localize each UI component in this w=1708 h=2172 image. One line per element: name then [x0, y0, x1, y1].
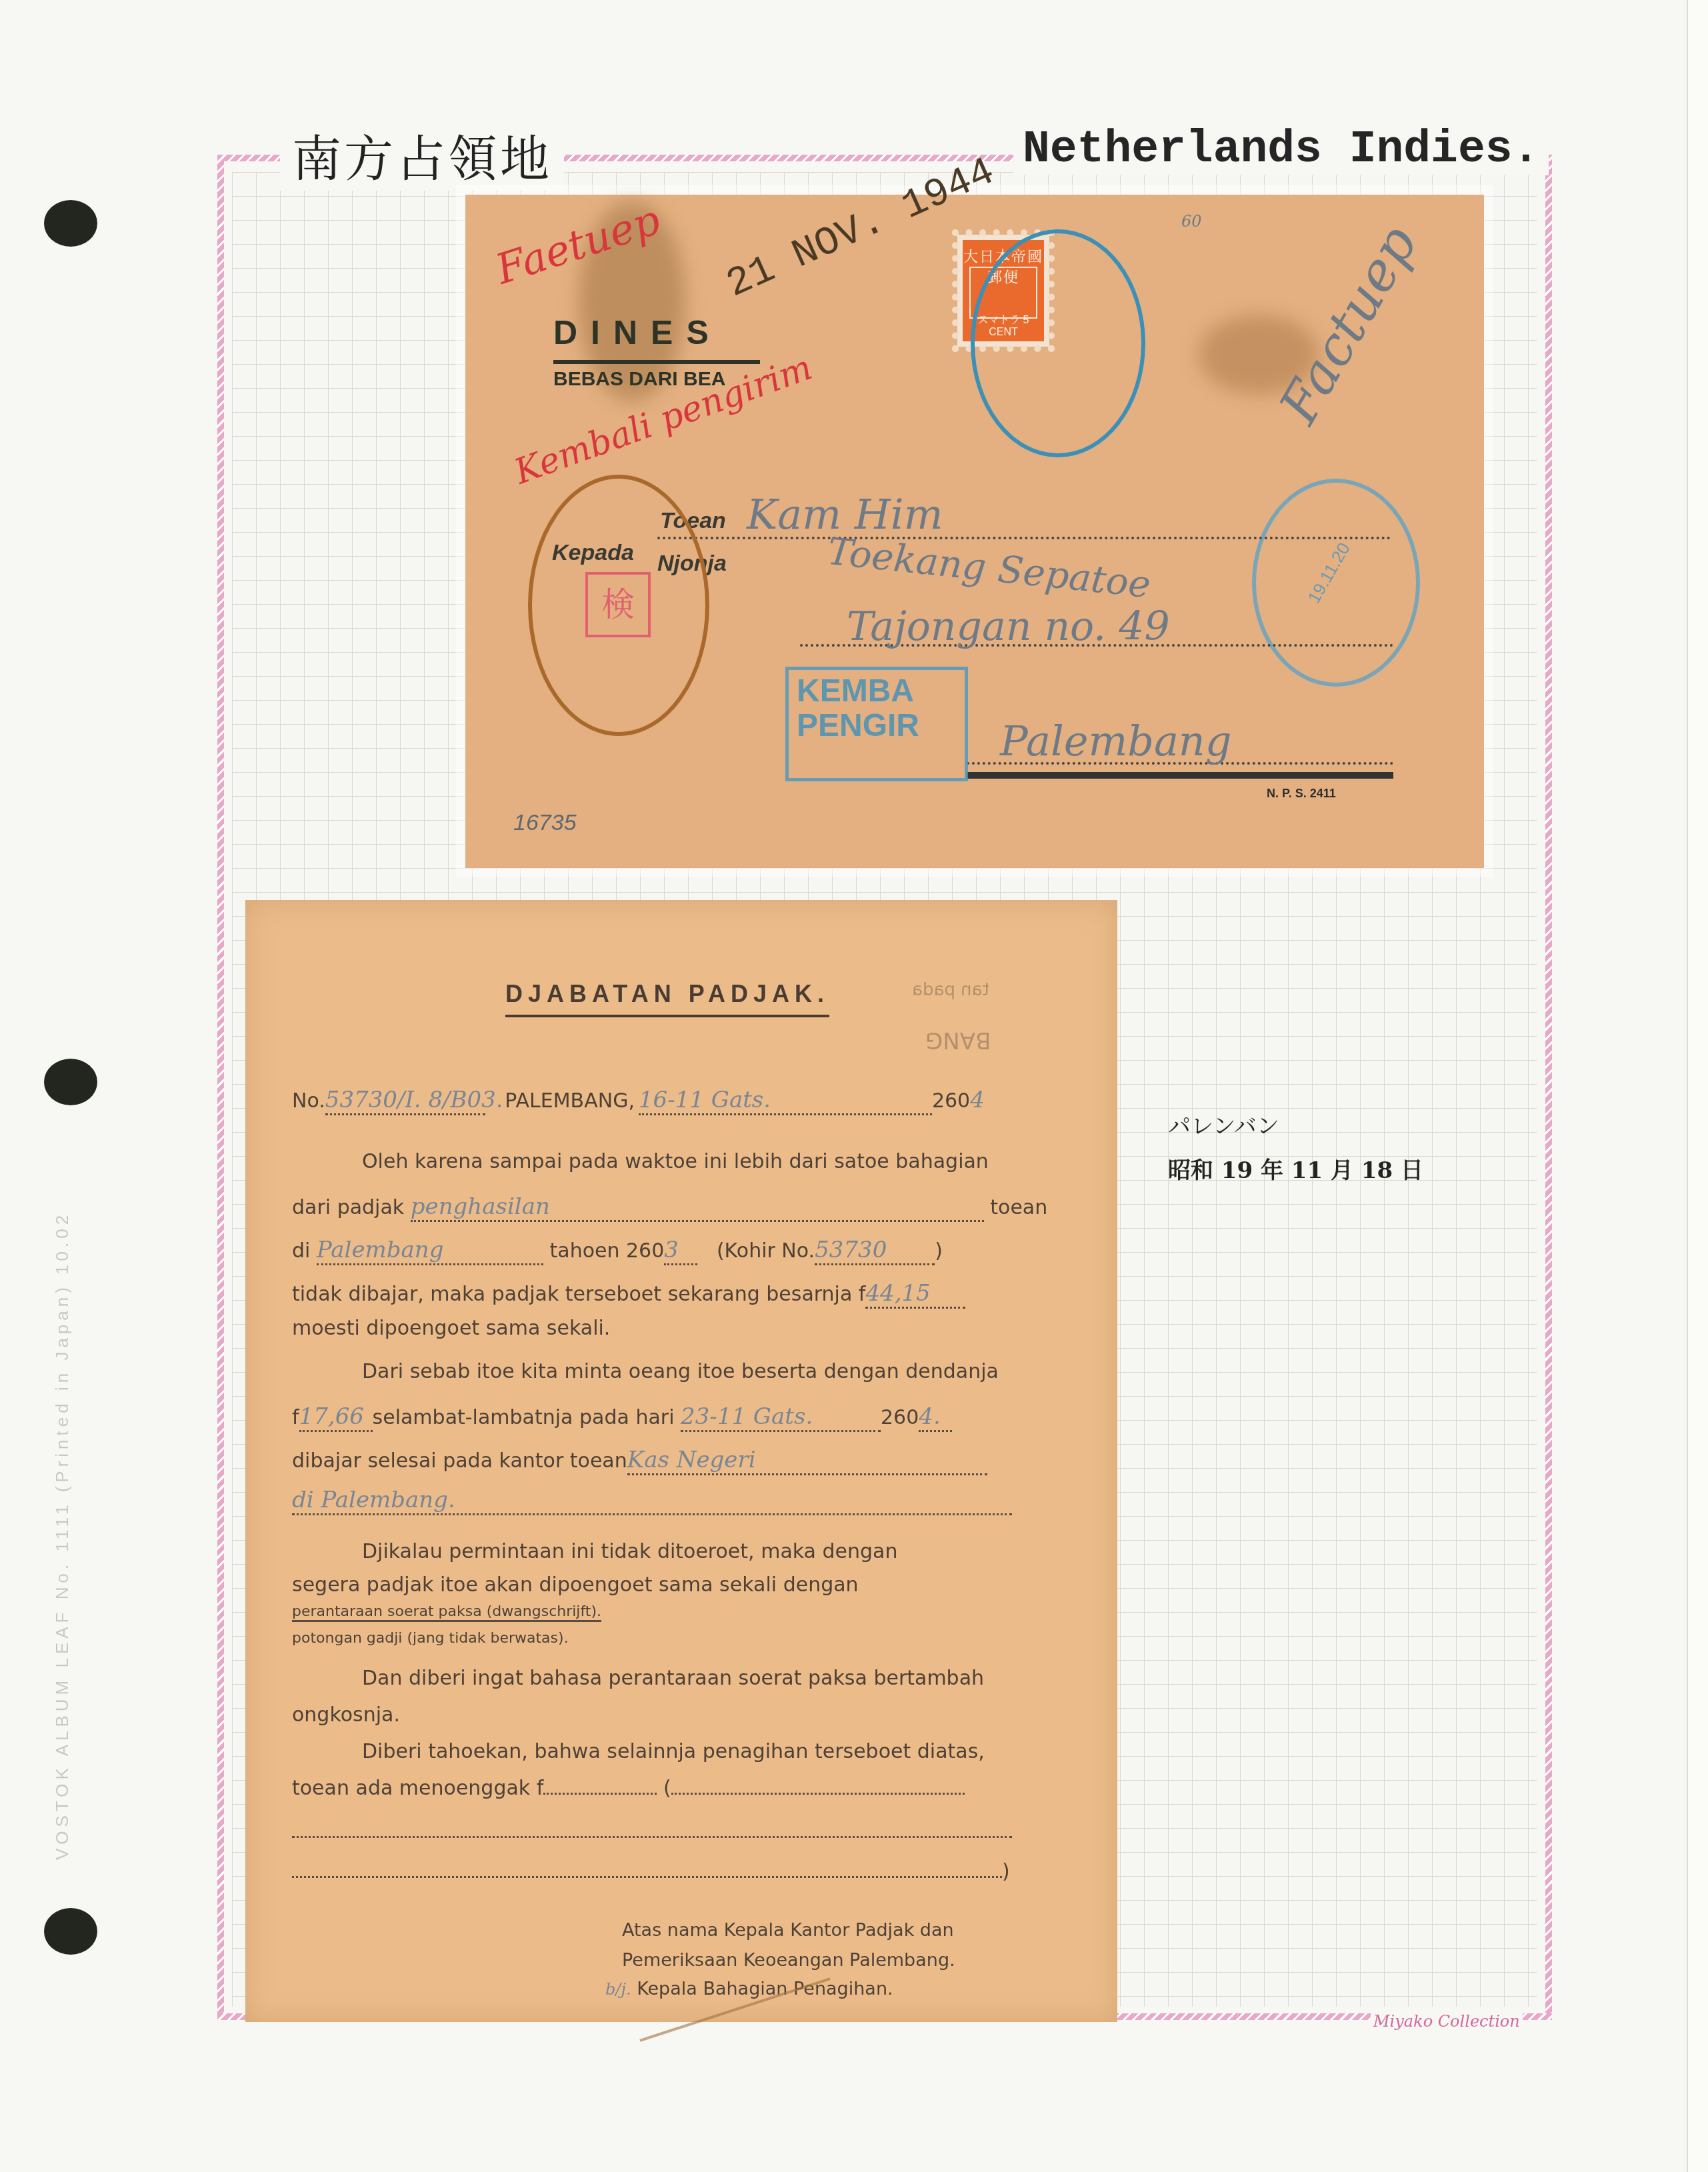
form-number-line: No.53730/I. 8/B03. PALEMBANG,16-11 Gats.… [292, 1087, 985, 1115]
form-text: Dari sebab itoe kita minta oeang itoe be… [362, 1360, 999, 1383]
form-text: segera padjak itoe akan dipoengoet sama … [292, 1573, 859, 1597]
frame-border-left [217, 155, 224, 2013]
printer-mark: N. P. S. 2411 [1267, 787, 1336, 801]
address-bottom-rule [967, 772, 1393, 779]
address-city: Palembang [1000, 717, 1231, 765]
frame-border-right [1545, 155, 1552, 2013]
form-text: Diberi tahoekan, bahwa selainnja penagih… [362, 1740, 985, 1763]
pencil-number: 60 [1181, 212, 1202, 231]
catalog-number: 16735 [513, 810, 577, 836]
form-title: DJABATAN PADJAK. [505, 980, 829, 1017]
binder-hole-top [44, 200, 97, 247]
form-text: perantaraan soerat paksa (dwangschrijft)… [292, 1603, 601, 1622]
bleed-through-text: BANG [925, 1027, 991, 1053]
blue-postmark-arrival: 19.11.20 [1252, 479, 1420, 687]
form-text: di Palembang. [292, 1487, 1012, 1515]
imprint-text: VOSTOK ALBUM LEAF No. 1111 (Printed in J… [52, 1211, 73, 1860]
page-title-english: Netherlands Indies. [1013, 124, 1549, 175]
tax-office-seal: 検 [528, 475, 709, 736]
tax-demand-form: DJABATAN PADJAK. No.53730/I. 8/B03. PALE… [245, 900, 1117, 2022]
caption-date: 昭和 19 年 11 月 18 日 [1168, 1152, 1423, 1185]
form-text: tidak dibajar, maka padjak terseboet sek… [292, 1280, 965, 1309]
binder-hole-bottom [44, 1908, 97, 1955]
collection-credit: Miyako Collection [1371, 2012, 1523, 2031]
form-text: dibajar selesai pada kantor toeanKas Neg… [292, 1447, 987, 1475]
postmark-date: 19.11.20 [1303, 539, 1354, 607]
red-censor-mark: 検 [585, 572, 651, 637]
form-text: dari padjak penghasilan toean [292, 1193, 1047, 1222]
form-text: toean ada menoenggak f ( [292, 1777, 965, 1800]
cover-header-dines: DINES [553, 313, 722, 352]
bleed-through-text: tan pada [912, 980, 989, 1000]
signature-block: Atas nama Kepala Kantor Padjak dan [622, 1920, 954, 1941]
form-text: di Palembang tahoen 2603 (Kohir No.53730… [292, 1237, 943, 1265]
form-text: moesti dipoengoet sama sekali. [292, 1317, 610, 1340]
cover-subheader: BEBAS DARI BEA [553, 368, 725, 391]
boxed-return-handstamp: KEMBA PENGIR [785, 667, 968, 781]
caption-place: パレンバン [1168, 1108, 1279, 1141]
form-blank-line [292, 1820, 1012, 1843]
form-text: potongan gadji (jang tidak berwatas). [292, 1630, 569, 1647]
page-title-japanese: 南方占領地 [280, 120, 564, 191]
album-leaf: VOSTOK ALBUM LEAF No. 1111 (Printed in J… [0, 0, 1688, 2172]
address-road: Tajongan no. 49 [847, 603, 1170, 650]
album-leaf-imprint: VOSTOK ALBUM LEAF No. 1111 (Printed in J… [25, 1227, 65, 1860]
blue-postmark-stamp-cancel [971, 229, 1145, 457]
form-blank-line: ) [292, 1860, 1010, 1883]
form-text: f17,66selambat-lambatnja pada hari 23-11… [292, 1403, 952, 1432]
form-text: Dan diberi ingat bahasa perantaraan soer… [362, 1667, 984, 1690]
form-text: Djikalau permintaan ini tidak ditoeroet,… [362, 1540, 897, 1563]
form-text: ongkosnja. [292, 1703, 400, 1727]
signature-block: b/j. Kepala Bahagian Penagihan. [605, 1979, 893, 1999]
header-rule [553, 360, 760, 364]
binder-hole-middle [44, 1059, 97, 1105]
form-text: Oleh karena sampai pada waktoe ini lebih… [362, 1150, 989, 1173]
signature-block: Pemeriksaan Keoeangan Palembang. [622, 1950, 955, 1971]
